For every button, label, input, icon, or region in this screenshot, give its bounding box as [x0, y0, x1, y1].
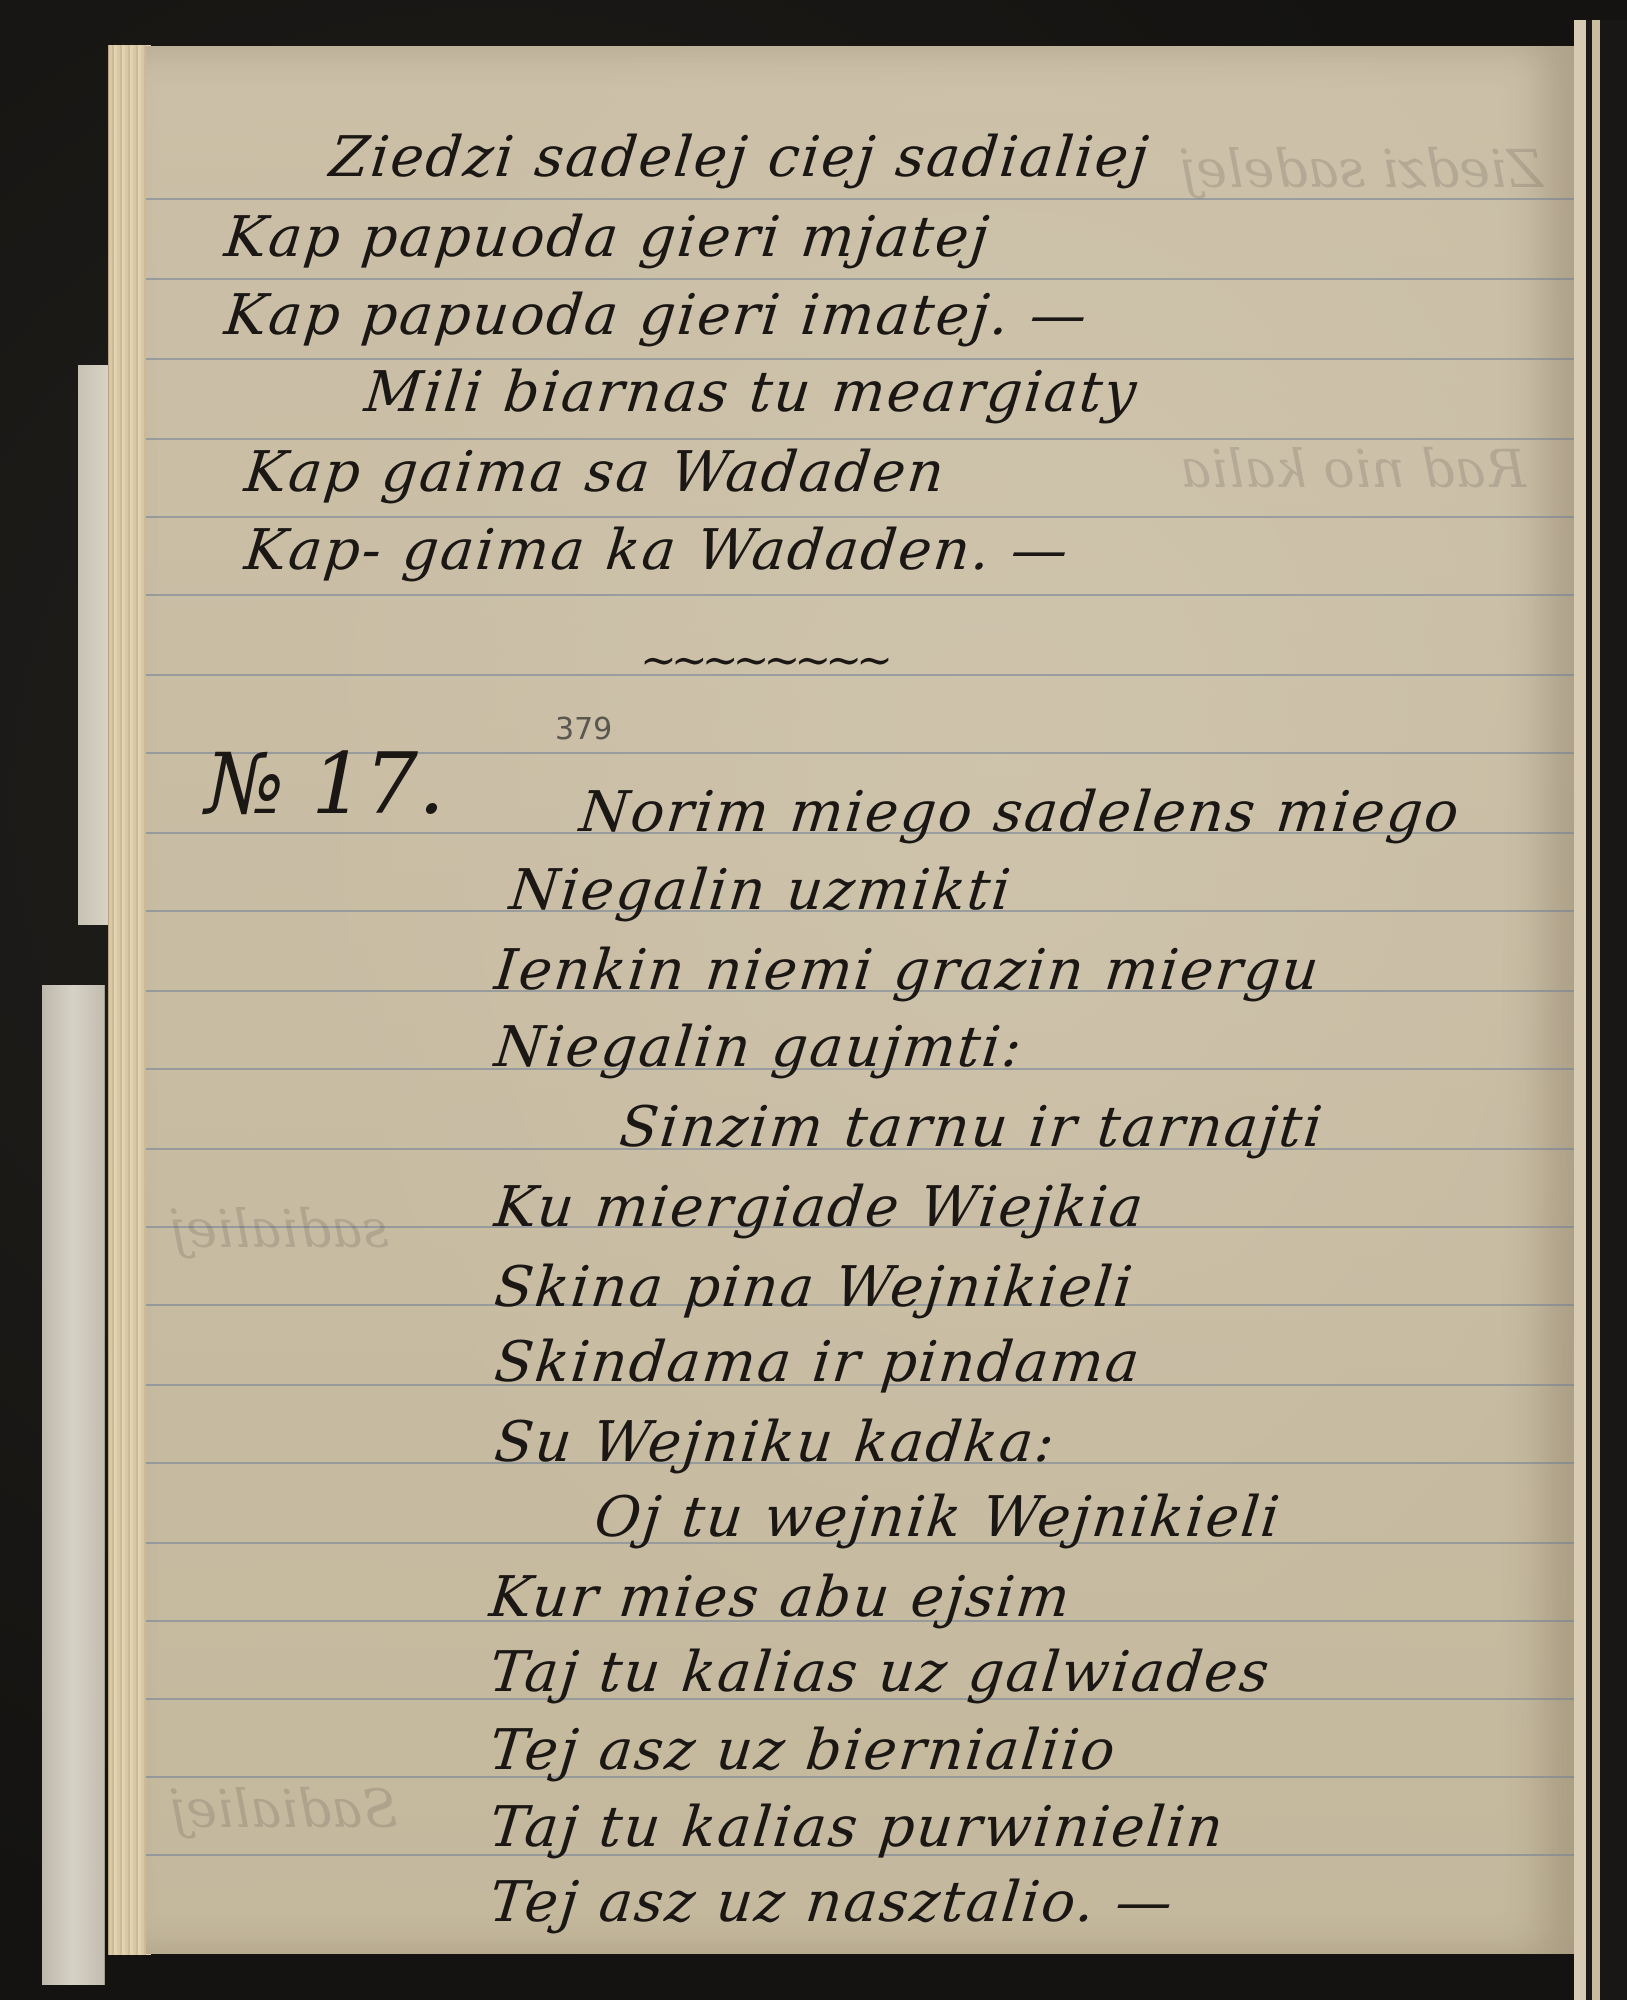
song-line: Tej asz uz nasztalio. —: [487, 1870, 1178, 1935]
song-line: Niegalin gaujmti:: [492, 1015, 1027, 1080]
song-line: Taj tu kalias purwinielin: [487, 1795, 1228, 1860]
song-line: Taj tu kalias uz galwiades: [487, 1640, 1274, 1705]
song-line: Niegalin uzmikti: [507, 858, 1016, 923]
verse-line: Kap papuoda gieri imatej. —: [222, 283, 1092, 348]
right-binding-edge: [1574, 20, 1627, 2000]
song-line: Oj tu wejnik Wejnikieli: [592, 1485, 1285, 1550]
song-line: Norim miego sadelens miego: [577, 780, 1464, 845]
song-line: Kur mies abu ejsim: [487, 1565, 1075, 1630]
pencil-annotation: 379: [555, 712, 612, 747]
verse-line: Kap papuoda gieri mjatej: [222, 205, 994, 270]
ruled-line: [146, 278, 1574, 280]
song-line: Skina pina Wejnikieli: [492, 1255, 1138, 1320]
torn-paper-strip-lower: [42, 985, 105, 1985]
verse-line: Kap- gaima ka Wadaden. —: [242, 518, 1073, 583]
separator-flourish: ~~~~~~~~: [640, 635, 887, 686]
bleed-through-text: Rad nio kalia: [1180, 440, 1526, 500]
song-line: Sinzim tarnu ir tarnajti: [617, 1095, 1327, 1160]
bleed-through-text: Sadialiej: [170, 1780, 398, 1840]
song-line: Ku miergiade Wiejkia: [492, 1175, 1148, 1240]
song-line: Skindama ir pindama: [492, 1330, 1145, 1395]
verse-line: Ziedzi sadelej ciej sadialiej: [327, 125, 1153, 190]
song-line: Ienkin niemi grazin miergu: [492, 938, 1324, 1003]
ruled-line: [146, 594, 1574, 596]
verse-line: Mili biarnas tu meargiaty: [362, 360, 1142, 425]
song-line: Tej asz uz biernialiio: [487, 1718, 1120, 1783]
torn-paper-strip: [78, 365, 108, 925]
bleed-through-text: sadialiej: [170, 1200, 389, 1260]
song-number: № 17.: [205, 735, 445, 833]
bleed-through-text: Ziedzi sadelej: [1180, 140, 1543, 200]
verse-line: Kap gaima sa Wadaden: [242, 440, 949, 505]
page-edges: [108, 45, 151, 1955]
song-line: Su Wejniku kadka:: [492, 1410, 1060, 1475]
